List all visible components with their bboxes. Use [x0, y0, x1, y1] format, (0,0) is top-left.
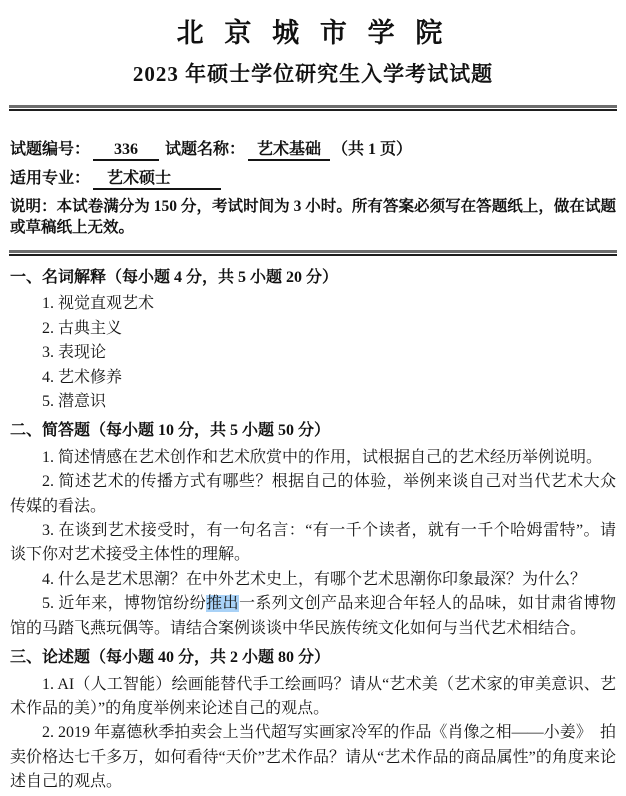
page-count-note: （共 1 页）	[332, 141, 412, 158]
short-answer-question-1: 1. 简述情感在艺术创作和艺术欣赏中的作用，试根据自己的艺术经历举例说明。	[10, 446, 616, 470]
exam-number-label: 试题编号：	[10, 141, 90, 158]
exam-name-label: 试题名称：	[165, 141, 245, 158]
exam-id-row: 试题编号：336试题名称：艺术基础（共 1 页）	[10, 138, 616, 162]
exam-instructions: 说明：本试卷满分为 150 分，考试时间为 3 小时。所有答案必须写在答题纸上，…	[10, 196, 616, 238]
exam-number-value: 336	[93, 140, 159, 161]
essay-question-2: 2. 2019 年嘉德秋季拍卖会上当代超写实画家冷军的作品《肖像之相——小姜》 …	[10, 721, 616, 794]
section-2-heading: 二、简答题（每小题 10 分，共 5 小题 50 分）	[10, 419, 616, 443]
short-answer-question-3: 3. 在谈到艺术接受时，有一句名言：“有一千个读者，就有一千个哈姆雷特”。请谈下…	[10, 519, 616, 568]
glossary-item-2: 2. 古典主义	[10, 317, 616, 341]
info-divider	[9, 250, 617, 256]
essay-question-1: 1. AI（人工智能）绘画能替代手工绘画吗？请从“艺术美（艺术家的审美意识、艺术…	[10, 673, 616, 722]
selected-text-highlight[interactable]: 推出	[206, 595, 239, 612]
section-1-heading: 一、名词解释（每小题 4 分，共 5 小题 20 分）	[10, 266, 616, 290]
major-row: 适用专业：艺术硕士	[10, 167, 616, 191]
exam-info-block: 试题编号：336试题名称：艺术基础（共 1 页） 适用专业：艺术硕士 说明：本试…	[10, 138, 616, 238]
question-text-before-selection: 5. 近年来，博物馆纷纷	[42, 595, 206, 612]
page-title: 北 京 城 市 学 院	[0, 16, 626, 50]
short-answer-question-2: 2. 简述艺术的传播方式有哪些？根据自己的体验，举例来谈自己对当代艺术大众传媒的…	[10, 470, 616, 519]
major-value: 艺术硕士	[93, 169, 221, 190]
glossary-item-1: 1. 视觉直观艺术	[10, 292, 616, 316]
short-answer-question-4: 4. 什么是艺术思潮？在中外艺术史上，有哪个艺术思潮你印象最深？为什么？	[10, 568, 616, 592]
major-label: 适用专业：	[10, 170, 90, 187]
glossary-item-5: 5. 潜意识	[10, 390, 616, 414]
glossary-item-3: 3. 表现论	[10, 341, 616, 365]
question-body: 一、名词解释（每小题 4 分，共 5 小题 20 分） 1. 视觉直观艺术 2.…	[10, 266, 616, 795]
short-answer-question-5: 5. 近年来，博物馆纷纷推出一系列文创产品来迎合年轻人的品味，如甘肃省博物馆的马…	[10, 592, 616, 641]
glossary-item-4: 4. 艺术修养	[10, 366, 616, 390]
header-divider	[9, 105, 617, 111]
section-3-heading: 三、论述题（每小题 40 分，共 2 小题 80 分）	[10, 646, 616, 670]
exam-paper-page: 北 京 城 市 学 院 2023 年硕士学位研究生入学考试试题 试题编号：336…	[0, 0, 626, 796]
page-subtitle: 2023 年硕士学位研究生入学考试试题	[0, 61, 626, 88]
exam-name-value: 艺术基础	[248, 140, 330, 161]
